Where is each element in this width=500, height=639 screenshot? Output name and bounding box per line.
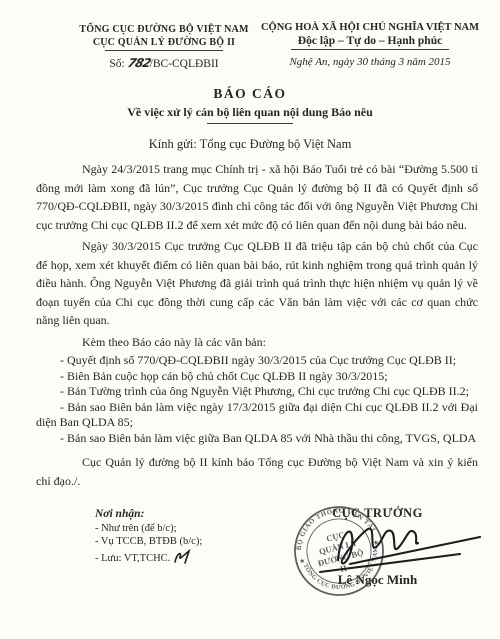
document-subtitle: Về việc xử lý cán bộ liên quan nội dung … [0,105,500,120]
paragraph: Ngày 30/3/2015 Cục trưởng Cục QLĐB II đã… [36,237,478,330]
document-body: Ngày 24/3/2015 trang mục Chính trị - xã … [0,152,500,490]
stamp-star-left: ★ [298,557,306,566]
attachment-item: - Bản Tường trình của ông Nguyễn Việt Ph… [36,384,478,400]
recipients-block: Nơi nhận: - Như trên (để b/c); - Vụ TCCB… [95,508,202,565]
handwritten-signature [312,508,484,580]
attachments-intro: Kèm theo Báo cáo này là các văn bản: [36,333,478,352]
attachment-item: - Bản sao Biên bản làm việc giữa Ban QLD… [36,431,478,447]
recipients-heading: Nơi nhận: [95,508,202,522]
recipient-item: - Lưu: VT,TCHC. [95,549,202,566]
attachment-item: - Quyết định số 770/QĐ-CQLĐBII ngày 30/3… [36,353,478,369]
handwritten-initial-mark [172,549,192,565]
document-title: BÁO CÁO [0,86,500,102]
recipient-item: - Vụ TCCB, BTĐB (b/c); [95,535,202,549]
attachment-item: - Biên Bản cuộc họp cán bộ chủ chốt Cục … [36,369,478,385]
salutation: Kính gửi: Tổng cục Đường bộ Việt Nam [0,137,500,152]
scanned-official-report: TỔNG CỤC ĐƯỜNG BỘ VIỆT NAM CỤC QUẢN LÝ Đ… [0,0,500,639]
paragraph: Ngày 24/3/2015 trang mục Chính trị - xã … [36,160,478,234]
recipient-item: - Như trên (để b/c); [95,522,202,536]
footer: Nơi nhận: - Như trên (để b/c); - Vụ TCCB… [0,502,500,632]
attachment-item: - Bản sao Biên bản làm việc ngày 17/3/20… [36,400,478,431]
title-block: BÁO CÁO Về việc xử lý cán bộ liên quan n… [0,0,500,124]
subtitle-underline [207,123,293,124]
closing-paragraph: Cục Quản lý đường bộ II kính báo Tổng cụ… [36,453,478,490]
signature-block: CỤC TRƯỞNG BỘ GIAO THÔNG VẬN TẢI TỔNG CỤ… [270,502,485,630]
